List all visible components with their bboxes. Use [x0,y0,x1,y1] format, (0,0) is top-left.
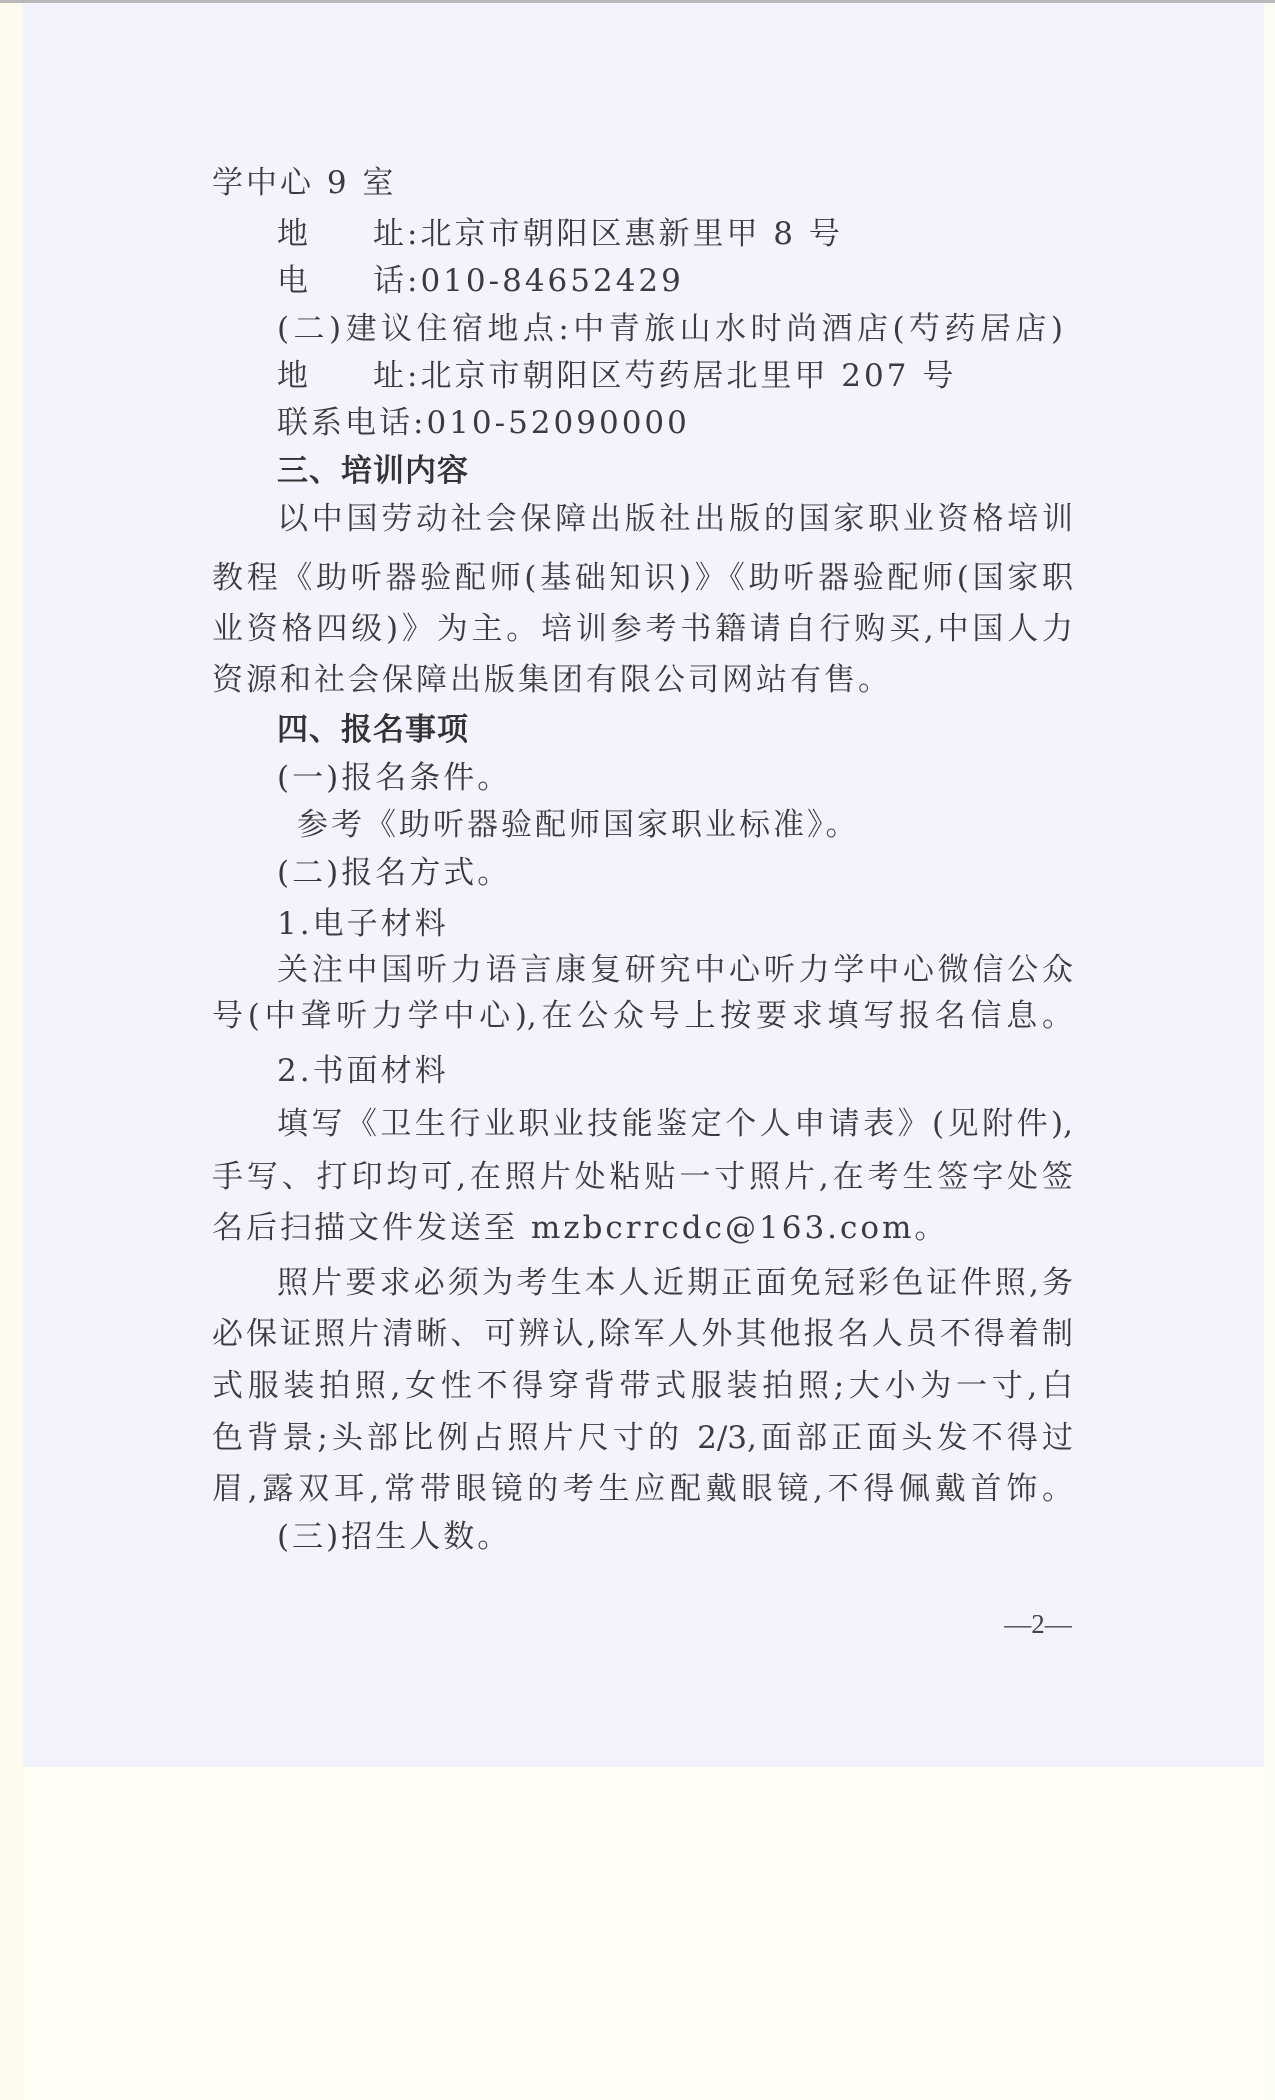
scan-left-margin [0,3,23,2100]
item-electronic-materials: 1.电子材料 [277,901,449,947]
paragraph-line: 关注中国听力语言康复研究中心听力学中心微信公众 [277,947,1073,993]
section-heading-training-content: 三、培训内容 [277,448,469,494]
hotel-address-label-part1: 地 [277,358,311,394]
paragraph-line: 色背景;头部比例占照片尺寸的 2/3,面部正面头发不得过 [212,1415,1073,1461]
address-label-part1: 地 [277,216,311,252]
paragraph-line: 资源和社会保障出版集团有限公司网站有售。 [212,657,892,703]
paragraph-line: 参考《助听器验配师国家职业标准》。 [297,802,860,848]
subheading-enrollment-count: (三)招生人数。 [277,1514,511,1560]
paragraph-line: 式服装拍照,女性不得穿背带式服装拍照;大小为一寸,白 [212,1363,1073,1409]
paragraph-line: 业资格四级)》为主。培训参考书籍请自行购买,中国人力 [212,606,1073,652]
paragraph-line: 填写《卫生行业职业技能鉴定个人申请表》(见附件), [277,1101,1073,1147]
paragraph-line: 以中国劳动社会保障出版社出版的国家职业资格培训 [277,496,1073,542]
paragraph-line-email: 名后扫描文件发送至 mzbcrrcdc@163.com。 [212,1205,948,1251]
item-written-materials: 2.书面材料 [277,1048,449,1094]
text-line-venue-continuation: 学中心 9 室 [212,160,396,206]
venue-phone-value: 010-84652429 [420,263,683,299]
section-heading-registration: 四、报名事项 [277,707,469,753]
phone-label-part1: 电 [277,263,311,299]
accommodation-heading: (二)建议住宿地点:中青旅山水时尚酒店(芍药居店) [277,306,1063,352]
venue-address-line: 地址:北京市朝阳区惠新里甲 8 号 [277,211,843,257]
paragraph-line: 手写、打印均可,在照片处粘贴一寸照片,在考生签字处签 [212,1154,1073,1200]
subheading-registration-conditions: (一)报名条件。 [277,755,511,801]
paragraph-line: 眉,露双耳,常带眼镜的考生应配戴眼镜,不得佩戴首饰。 [212,1466,1073,1512]
paragraph-line: 照片要求必须为考生本人近期正面免冠彩色证件照,务 [277,1260,1073,1306]
phone-label-part2: 话: [373,263,420,299]
paragraph-line: 号(中聋听力学中心),在公众号上按要求填写报名信息。 [212,993,1073,1039]
subheading-registration-method: (二)报名方式。 [277,850,511,896]
hotel-phone-line: 联系电话:010-52090000 [277,400,690,446]
hotel-address-label-part2: 址: [373,358,420,394]
hotel-address-line: 地址:北京市朝阳区芍药居北里甲 207 号 [277,353,956,399]
hotel-address-value: 北京市朝阳区芍药居北里甲 207 号 [420,358,956,394]
page-number: —2— [1000,1606,1076,1642]
paragraph-line: 必保证照片清晰、可辨认,除军人外其他报名人员不得着制 [212,1311,1073,1357]
venue-phone-line: 电话:010-84652429 [277,258,684,304]
scan-right-margin [1264,3,1275,2100]
address-label-part2: 址: [373,216,420,252]
paragraph-line: 教程《助听器验配师(基础知识)》《助听器验配师(国家职 [212,555,1073,601]
venue-address-value: 北京市朝阳区惠新里甲 8 号 [420,216,842,252]
